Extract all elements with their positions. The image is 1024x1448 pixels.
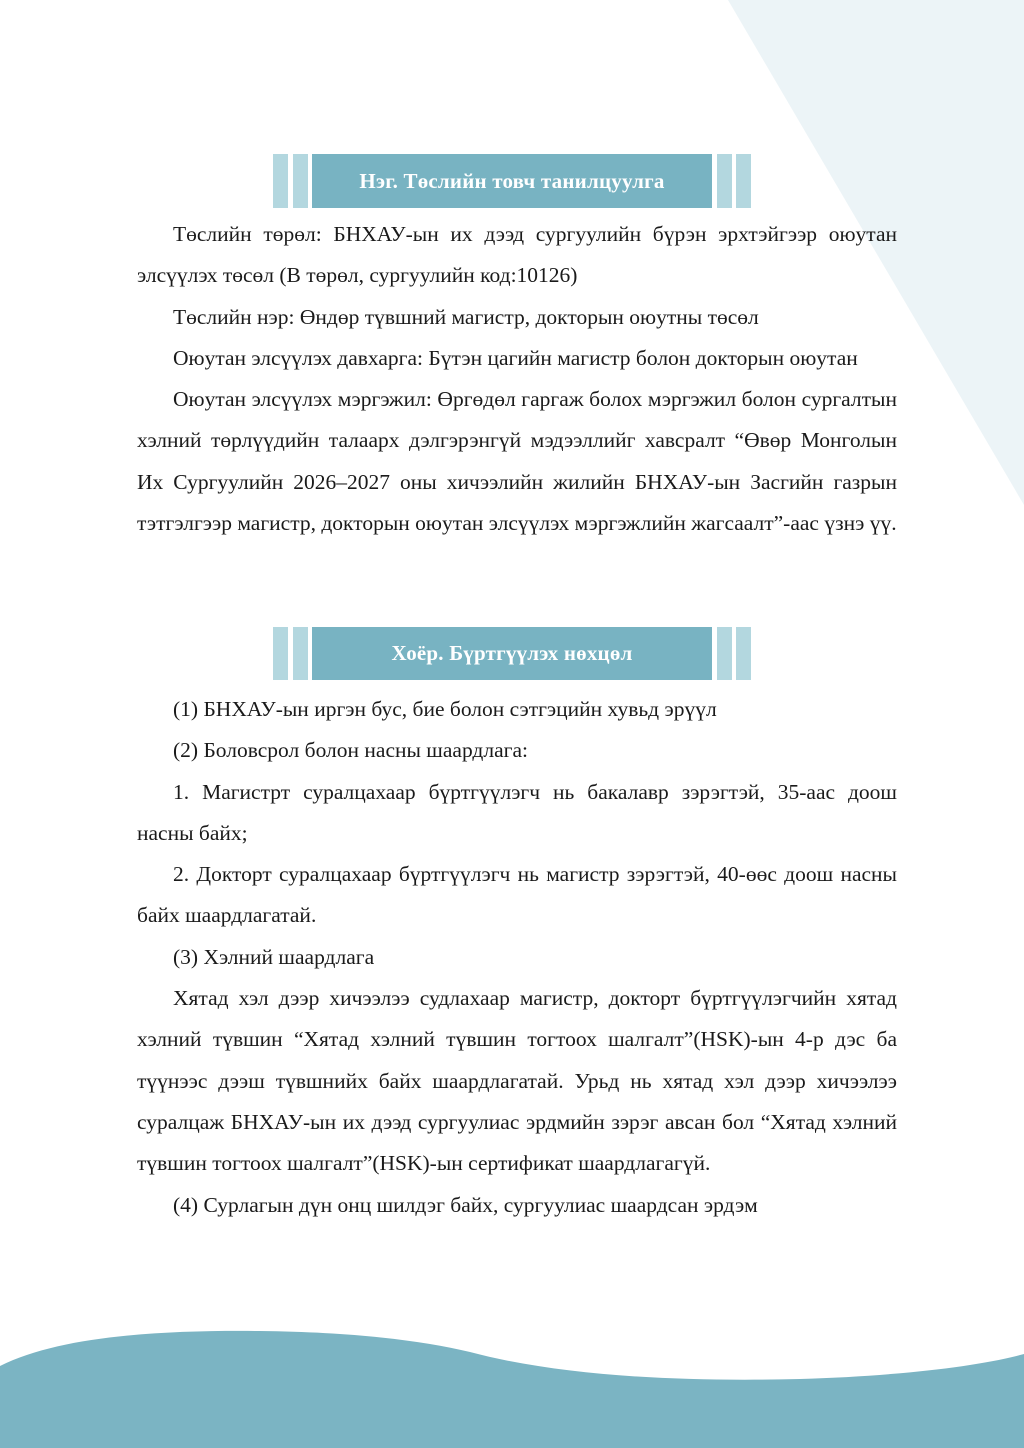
header-decor-bar <box>717 154 732 208</box>
requirement-language-detail: Хятад хэл дээр хичээлээ судлахаар магист… <box>137 978 897 1184</box>
section-title: Нэг. Төслийн товч танилцуулга <box>312 154 712 208</box>
header-decor-bar <box>736 627 751 680</box>
section-body-intro: Төслийн төрөл: БНХАУ-ын их дээд сургуули… <box>137 214 897 544</box>
section-header-intro: Нэг. Төслийн товч танилцуулга <box>273 154 751 208</box>
section-title: Хоёр. Бүртгүүлэх нөхцөл <box>312 627 712 680</box>
paragraph-admission-majors: Оюутан элсүүлэх мэргэжил: Өргөдөл гаргаж… <box>137 379 897 544</box>
requirement-doctoral: 2. Докторт суралцахаар бүртгүүлэгч нь ма… <box>137 854 897 937</box>
requirement-academic-performance: (4) Сурлагын дүн онц шилдэг байх, сургуу… <box>137 1185 897 1226</box>
header-decor-bar <box>736 154 751 208</box>
header-decor-bar <box>717 627 732 680</box>
requirement-citizenship-health: (1) БНХАУ-ын иргэн бус, бие болон сэтгэц… <box>137 689 897 730</box>
header-decor-bar <box>273 154 288 208</box>
header-decor-bar <box>293 154 308 208</box>
header-decor-bar <box>273 627 288 680</box>
requirement-language-heading: (3) Хэлний шаардлага <box>137 937 897 978</box>
paragraph-admission-level: Оюутан элсүүлэх давхарга: Бүтэн цагийн м… <box>137 338 897 379</box>
section-body-requirements: (1) БНХАУ-ын иргэн бус, бие болон сэтгэц… <box>137 689 897 1226</box>
section-header-requirements: Хоёр. Бүртгүүлэх нөхцөл <box>273 627 751 680</box>
paragraph-project-type: Төслийн төрөл: БНХАУ-ын их дээд сургуули… <box>137 214 897 297</box>
paragraph-project-name: Төслийн нэр: Өндөр түвшний магистр, докт… <box>137 297 897 338</box>
requirement-education-age: (2) Боловсрол болон насны шаардлага: <box>137 730 897 771</box>
header-decor-bar <box>293 627 308 680</box>
requirement-masters: 1. Магистрт суралцахаар бүртгүүлэгч нь б… <box>137 772 897 855</box>
